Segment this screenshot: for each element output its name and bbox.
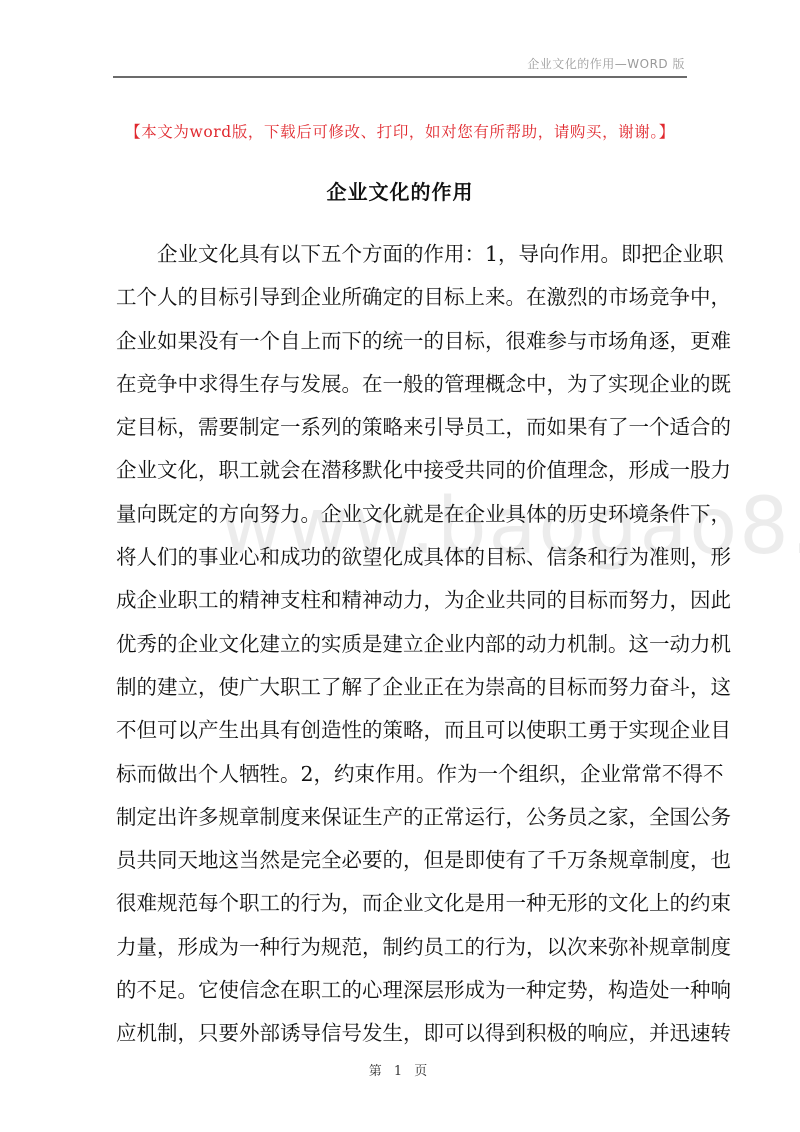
body-line: 标而做出个人牺牲。2，约束作用。作为一个组织，企业常常不得不 — [116, 753, 686, 796]
body-line: 企业文化具有以下五个方面的作用：1，导向作用。即把企业职 — [116, 233, 686, 276]
running-title: 企业文化的作用—WORD 版 — [527, 55, 685, 72]
body-line: 不但可以产生出具有创造性的策略，而且可以使职工勇于实现企业目 — [116, 709, 686, 752]
body-line: 应机制，只要外部诱导信号发生，即可以得到积极的响应，并迅速转 — [116, 1012, 686, 1055]
page-number: 第 1 页 — [0, 1060, 800, 1079]
document-title: 企业文化的作用 — [0, 176, 800, 205]
page-header: 企业文化的作用—WORD 版 — [113, 52, 687, 78]
purchase-notice: 【本文为word版，下载后可修改、打印，如对您有所帮助，请购买，谢谢。】 — [0, 120, 800, 142]
body-line: 将人们的事业心和成功的欲望化成具体的目标、信条和行为准则，形 — [116, 536, 686, 579]
body-line: 优秀的企业文化建立的实质是建立企业内部的动力机制。这一动力机 — [116, 623, 686, 666]
body-line: 成企业职工的精神支柱和精神动力，为企业共同的目标而努力，因此 — [116, 579, 686, 622]
body-line: 制定出许多规章制度来保证生产的正常运行，公务员之家，全国公务 — [116, 796, 686, 839]
body-line: 企业文化，职工就会在潜移默化中接受共同的价值理念，形成一股力 — [116, 449, 686, 492]
body-line: 的不足。它使信念在职工的心理深层形成为一种定势，构造处一种响 — [116, 969, 686, 1012]
body-line: 在竞争中求得生存与发展。在一般的管理概念中，为了实现企业的既 — [116, 363, 686, 406]
body-paragraph: 企业文化具有以下五个方面的作用：1，导向作用。即把企业职 工个人的目标引导到企业… — [116, 233, 686, 1056]
body-line: 力量，形成为一种行为规范，制约员工的行为，以次来弥补规章制度 — [116, 926, 686, 969]
body-line: 企业如果没有一个自上而下的统一的目标，很难参与市场角逐，更难 — [116, 320, 686, 363]
body-line: 量向既定的方向努力。企业文化就是在企业具体的历史环境条件下， — [116, 493, 686, 536]
body-line: 工个人的目标引导到企业所确定的目标上来。在激烈的市场竞争中， — [116, 276, 686, 319]
body-line: 定目标，需要制定一系列的策略来引导员工，而如果有了一个适合的 — [116, 406, 686, 449]
body-line: 制的建立，使广大职工了解了企业正在为崇高的目标而努力奋斗，这 — [116, 666, 686, 709]
body-line: 很难规范每个职工的行为，而企业文化是用一种无形的文化上的约束 — [116, 882, 686, 925]
body-line: 员共同天地这当然是完全必要的，但是即使有了千万条规章制度，也 — [116, 839, 686, 882]
